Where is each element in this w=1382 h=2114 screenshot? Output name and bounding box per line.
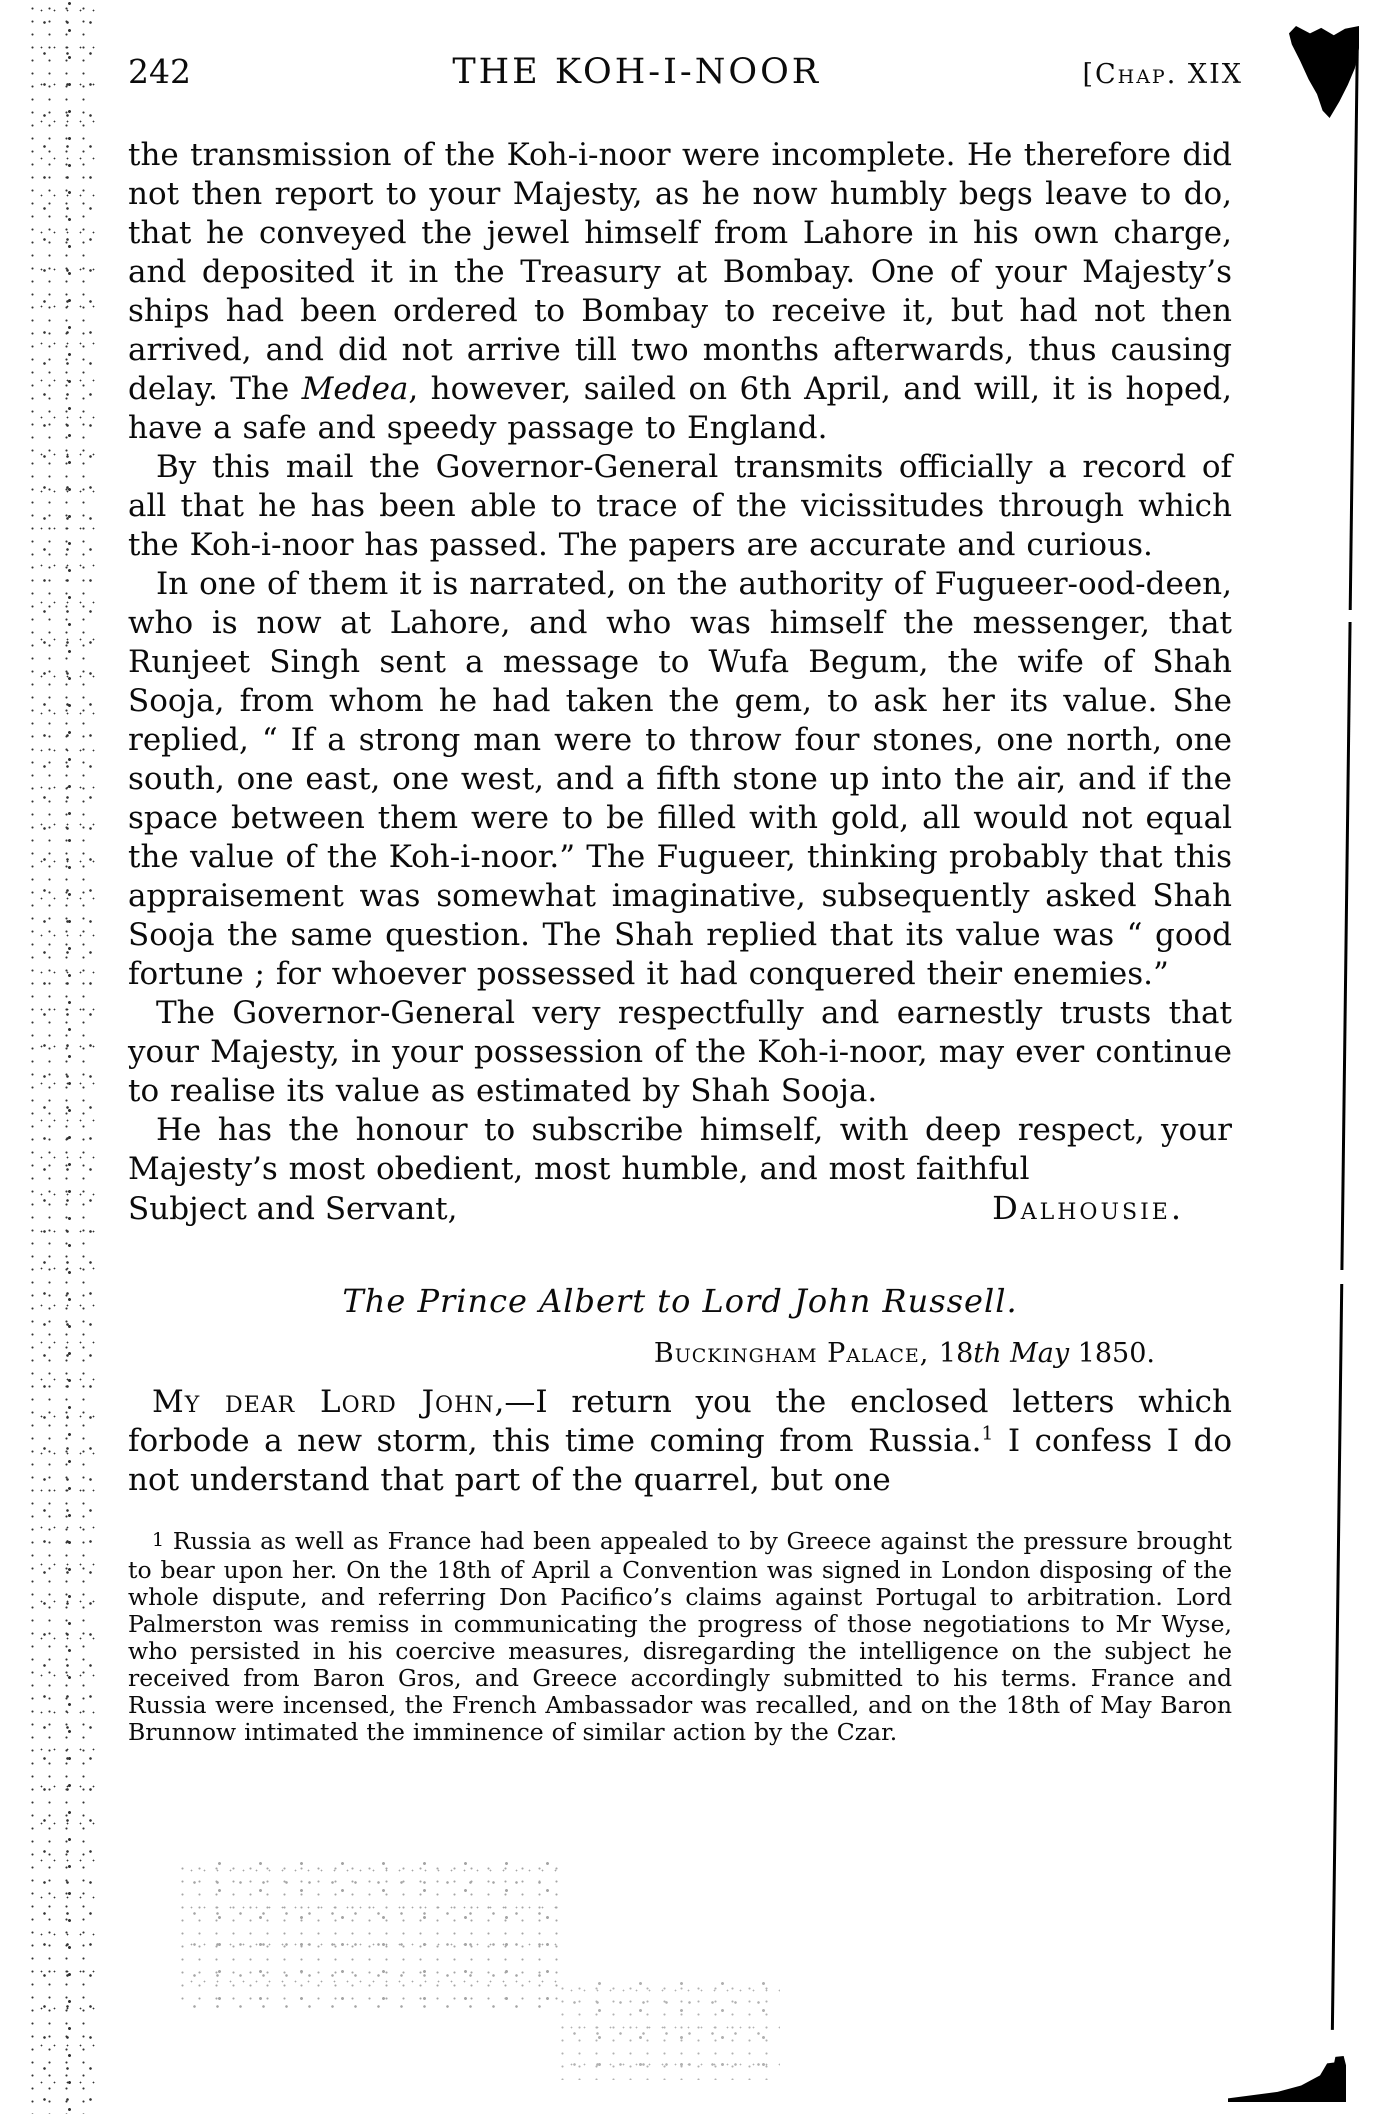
page-number: 242	[128, 52, 191, 91]
closing-words: Subject and Servant,	[128, 1190, 458, 1229]
corner-shadow-artifact	[1228, 2056, 1346, 2102]
salutation: My dear Lord John	[152, 1384, 495, 1420]
signature-dalhousie: Dalhousie.	[992, 1189, 1184, 1228]
dateline-year: 1850.	[1069, 1338, 1155, 1369]
dateline-day: 18	[939, 1338, 973, 1369]
page-edge-line-artifact	[1331, 30, 1359, 2030]
bottom-scan-noise	[180, 1860, 560, 2010]
page-text-column: the transmission of the Koh-i-noor were …	[128, 136, 1232, 1746]
paragraph-governor-trusts: The Governor-General very respectfully a…	[128, 994, 1232, 1111]
signature-line: Subject and Servant, Dalhousie.	[128, 1189, 1232, 1229]
paragraph-honour-subscribe: He has the honour to subscribe himself, …	[128, 1111, 1232, 1189]
footnote-reference: 1	[981, 1424, 993, 1445]
dateline-place: Buckingham Palace,	[654, 1338, 939, 1369]
dateline-ordinal: th	[973, 1338, 1001, 1369]
paragraph-text: the transmission of the Koh-i-noor were …	[128, 137, 1232, 407]
paragraph-fugueer-story: In one of them it is narrated, on the au…	[128, 565, 1232, 994]
ink-blob-artifact	[1289, 26, 1359, 118]
running-header: 242 THE KOH-I-NOOR [Chap. XIX	[128, 52, 1243, 92]
footnote-text: Russia as well as France had been appeal…	[128, 1527, 1232, 1746]
chapter-marker: [Chap. XIX	[1082, 59, 1243, 90]
paragraph-governor-record: By this mail the Governor-General transm…	[128, 448, 1232, 565]
letter-opening-paragraph: My dear Lord John,—I return you the encl…	[128, 1383, 1232, 1500]
footnote-marker: 1	[152, 1529, 164, 1551]
dateline: Buckingham Palace, 18th May 1850.	[128, 1337, 1232, 1371]
letter-heading: The Prince Albert to Lord John Russell.	[128, 1281, 1232, 1321]
dateline-month: May	[1002, 1338, 1070, 1369]
running-title: THE KOH-I-NOOR	[452, 52, 821, 92]
paragraph-transmission: the transmission of the Koh-i-noor were …	[128, 136, 1232, 448]
ship-name: Medea	[302, 371, 409, 407]
scanned-book-page: 242 THE KOH-I-NOOR [Chap. XIX the transm…	[0, 0, 1382, 2114]
bottom-scan-noise-2	[560, 1980, 780, 2080]
footnote: 1 Russia as well as France had been appe…	[128, 1528, 1232, 1746]
left-margin-scan-noise	[30, 0, 98, 2114]
